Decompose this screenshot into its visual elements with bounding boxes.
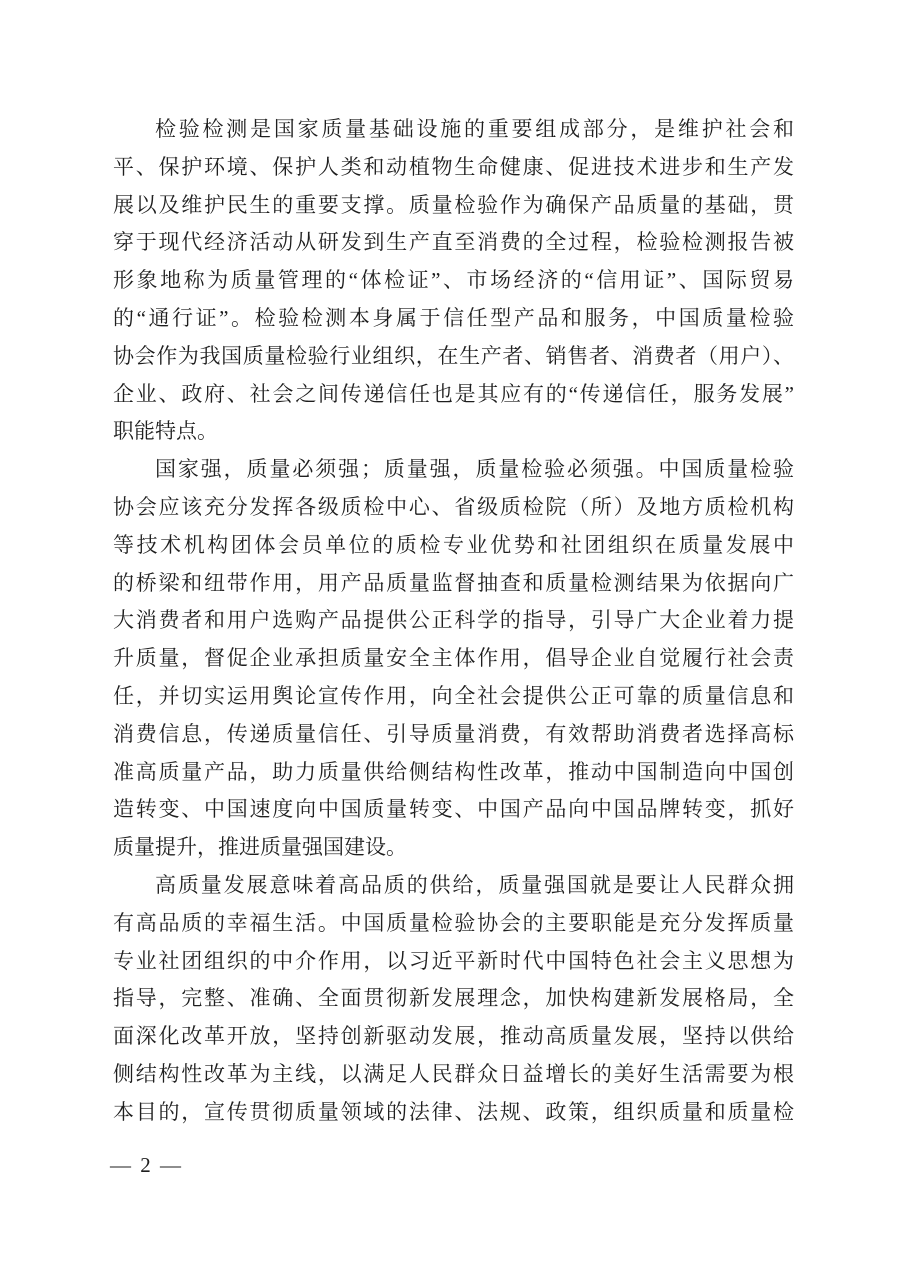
text-line: 展以及维护民生的重要支撑。质量检验作为确保产品质量的基础，贯 bbox=[113, 187, 794, 225]
paragraph-2: 国家强，质量必须强；质量强，质量检验必须强。中国质量检验 协会应该充分发挥各级质… bbox=[113, 451, 794, 867]
text-line: 的“通行证”。检验检测本身属于信任型产品和服务，中国质量检验 bbox=[113, 300, 794, 338]
text-line: 协会应该充分发挥各级质检中心、省级质检院（所）及地方质检机构 bbox=[113, 489, 794, 527]
text-line: 等技术机构团体会员单位的质检专业优势和社团组织在质量发展中 bbox=[113, 527, 794, 565]
paragraph-1: 检验检测是国家质量基础设施的重要组成部分，是维护社会和 平、保护环境、保护人类和… bbox=[113, 111, 794, 451]
text-line: 专业社团组织的中介作用，以习近平新时代中国特色社会主义思想为 bbox=[113, 943, 794, 981]
paragraph-3: 高质量发展意味着高品质的供给，质量强国就是要让人民群众拥 有高品质的幸福生活。中… bbox=[113, 867, 794, 1132]
text-line: 穿于现代经济活动从研发到生产直至消费的全过程，检验检测报告被 bbox=[113, 224, 794, 262]
text-line: 国家强，质量必须强；质量强，质量检验必须强。中国质量检验 bbox=[113, 451, 794, 489]
text-line: 企业、政府、社会之间传递信任也是其应有的“传递信任，服务发展” bbox=[113, 376, 794, 414]
text-line: 检验检测是国家质量基础设施的重要组成部分，是维护社会和 bbox=[113, 111, 794, 149]
text-line: 高质量发展意味着高品质的供给，质量强国就是要让人民群众拥 bbox=[113, 867, 794, 905]
text-line: 职能特点。 bbox=[113, 413, 794, 451]
text-line: 指导，完整、准确、全面贯彻新发展理念，加快构建新发展格局，全 bbox=[113, 980, 794, 1018]
text-line: 的桥梁和纽带作用，用产品质量监督抽查和质量检测结果为依据向广 bbox=[113, 565, 794, 603]
text-line: 消费信息，传递质量信任、引导质量消费，有效帮助消费者选择高标 bbox=[113, 716, 794, 754]
text-line: 大消费者和用户选购产品提供公正科学的指导，引导广大企业着力提 bbox=[113, 602, 794, 640]
text-line: 造转变、中国速度向中国质量转变、中国产品向中国品牌转变，抓好 bbox=[113, 791, 794, 829]
page-number: — 2 — bbox=[110, 1149, 183, 1181]
text-line: 任，并切实运用舆论宣传作用，向全社会提供公正可靠的质量信息和 bbox=[113, 678, 794, 716]
text-line: 平、保护环境、保护人类和动植物生命健康、促进技术进步和生产发 bbox=[113, 149, 794, 187]
text-line: 协会作为我国质量检验行业组织，在生产者、销售者、消费者（用户）、 bbox=[113, 338, 794, 376]
text-line: 准高质量产品，助力质量供给侧结构性改革，推动中国制造向中国创 bbox=[113, 754, 794, 792]
text-line: 有高品质的幸福生活。中国质量检验协会的主要职能是充分发挥质量 bbox=[113, 905, 794, 943]
text-block: 检验检测是国家质量基础设施的重要组成部分，是维护社会和 平、保护环境、保护人类和… bbox=[113, 111, 794, 1132]
text-line: 质量提升，推进质量强国建设。 bbox=[113, 829, 794, 867]
document-page: 检验检测是国家质量基础设施的重要组成部分，是维护社会和 平、保护环境、保护人类和… bbox=[0, 0, 900, 1273]
text-line: 形象地称为质量管理的“体检证”、市场经济的“信用证”、国际贸易 bbox=[113, 262, 794, 300]
text-line: 升质量，督促企业承担质量安全主体作用，倡导企业自觉履行社会责 bbox=[113, 640, 794, 678]
text-line: 面深化改革开放，坚持创新驱动发展，推动高质量发展，坚持以供给 bbox=[113, 1018, 794, 1056]
text-line: 侧结构性改革为主线，以满足人民群众日益增长的美好生活需要为根 bbox=[113, 1056, 794, 1094]
text-line: 本目的，宣传贯彻质量领域的法律、法规、政策，组织质量和质量检 bbox=[113, 1094, 794, 1132]
